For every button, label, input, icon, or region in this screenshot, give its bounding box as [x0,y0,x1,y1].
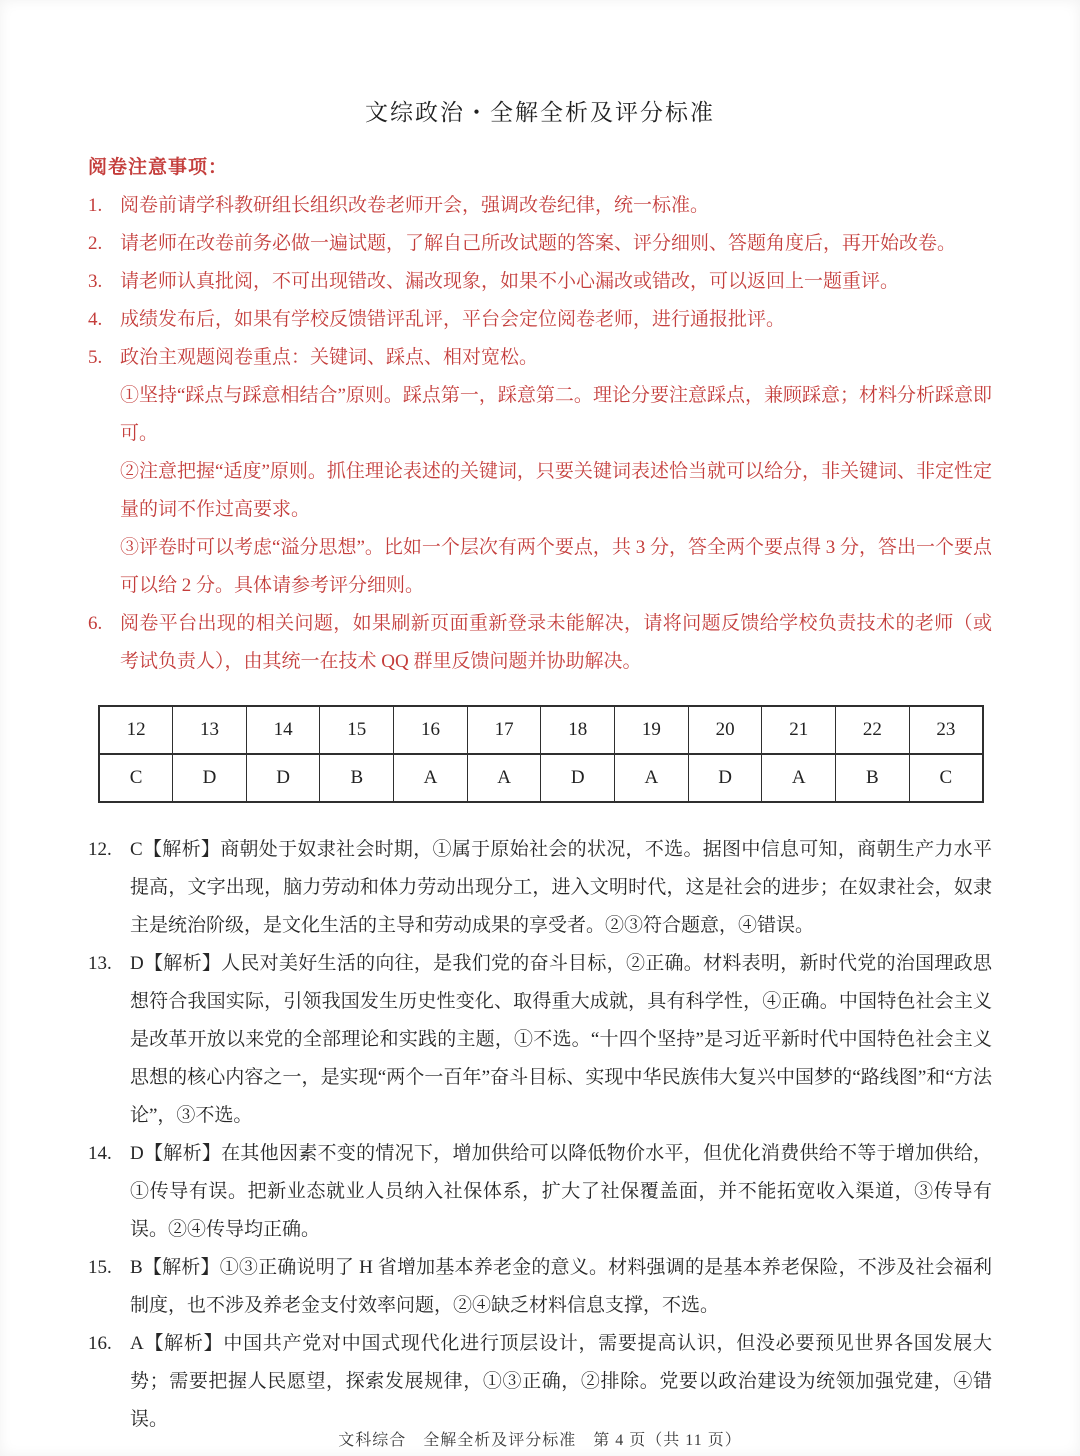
answer-letter-cell: C [99,754,173,802]
note-item-6: 6. 阅卷平台出现的相关问题，如果刷新页面重新登录未能解决，请将问题反馈给学校负… [88,605,992,681]
note-text: 请老师认真批阅，不可出现错改、漏改现象，如果不小心漏改或错改，可以返回上一题重评… [120,263,992,301]
answer-letter-cell: D [688,754,762,802]
explanation-label: 【解析】 [143,839,221,860]
question-number-cell: 22 [836,706,910,754]
explanation-content: 在其他因素不变的情况下，增加供给可以降低物价水平，但优化消费供给不等于增加供给，… [130,1143,992,1240]
question-number-row: 121314151617181920212223 [99,706,983,754]
explanation-content: 商朝处于奴隶社会时期，①属于原始社会的状况，不选。据图中信息可知，商朝生产力水平… [130,839,992,936]
note-item-1: 1. 阅卷前请学科教研组长组织改卷老师开会，强调改卷纪律，统一标准。 [88,187,992,225]
explanation-number: 14. [88,1135,130,1249]
note-text: 阅卷平台出现的相关问题，如果刷新页面重新登录未能解决，请将问题反馈给学校负责技术… [120,605,992,681]
question-number-cell: 12 [99,706,173,754]
question-number-cell: 20 [688,706,762,754]
explanation-text: D【解析】在其他因素不变的情况下，增加供给可以降低物价水平，但优化消费供给不等于… [130,1135,992,1249]
question-number-cell: 14 [246,706,320,754]
question-number-cell: 19 [615,706,689,754]
explanation-item-15: 15. B【解析】①③正确说明了 H 省增加基本养老金的意义。材料强调的是基本养… [88,1249,992,1325]
note-subitem-1: ①坚持“踩点与踩意相结合”原则。踩点第一，踩意第二。理论分要注意踩点，兼顾踩意；… [120,377,992,453]
answer-letter-cell: A [762,754,836,802]
explanation-answer: A [130,1333,144,1354]
note-number: 4. [88,301,120,339]
note-item-2: 2. 请老师在改卷前务必做一遍试题，了解自己所改试题的答案、评分细则、答题角度后… [88,225,992,263]
note-text: 政治主观题阅卷重点：关键词、踩点、相对宽松。 ①坚持“踩点与踩意相结合”原则。踩… [120,339,992,605]
answer-letter-cell: B [836,754,910,802]
answer-letter-row: CDDBAADADABC [99,754,983,802]
note-number: 5. [88,339,120,605]
question-number-cell: 13 [173,706,247,754]
explanation-answer: D [130,1143,144,1164]
explanation-number: 15. [88,1249,130,1325]
note-text: 请老师在改卷前务必做一遍试题，了解自己所改试题的答案、评分细则、答题角度后，再开… [120,225,992,263]
explanation-text: D【解析】人民对美好生活的向往，是我们党的奋斗目标，②正确。材料表明，新时代党的… [130,945,992,1135]
note-number: 1. [88,187,120,225]
answer-key-table-wrap: 121314151617181920212223 CDDBAADADABC [98,705,1080,803]
answer-letter-cell: D [173,754,247,802]
answer-letter-cell: A [394,754,468,802]
explanation-number: 12. [88,831,130,945]
answer-letter-cell: B [320,754,394,802]
explanation-number: 16. [88,1325,130,1439]
grading-notes-section: 阅卷注意事项： 1. 阅卷前请学科教研组长组织改卷老师开会，强调改卷纪律，统一标… [88,149,992,681]
question-number-cell: 16 [394,706,468,754]
document-page: 文综政治・全解全析及评分标准 阅卷注意事项： 1. 阅卷前请学科教研组长组织改卷… [0,0,1080,1456]
notes-heading: 阅卷注意事项： [88,149,992,187]
answer-letter-cell: D [246,754,320,802]
explanation-item-16: 16. A【解析】中国共产党对中国式现代化进行顶层设计，需要提高认识，但没必要预… [88,1325,992,1439]
note-subitem-3: ③评卷时可以考虑“溢分思想”。比如一个层次有两个要点，共 3 分，答全两个要点得… [120,529,992,605]
question-number-cell: 21 [762,706,836,754]
answer-letter-cell: A [615,754,689,802]
explanations-section: 12. C【解析】商朝处于奴隶社会时期，①属于原始社会的状况，不选。据图中信息可… [88,831,992,1439]
note-number: 6. [88,605,120,681]
note-text: 阅卷前请学科教研组长组织改卷老师开会，强调改卷纪律，统一标准。 [120,187,992,225]
explanation-item-12: 12. C【解析】商朝处于奴隶社会时期，①属于原始社会的状况，不选。据图中信息可… [88,831,992,945]
explanation-label: 【解析】 [144,953,221,974]
explanation-label: 【解析】 [144,1333,224,1354]
page-footer: 文科综合 全解全析及评分标准 第 4 页（共 11 页） [0,1427,1080,1450]
note-text-main: 政治主观题阅卷重点：关键词、踩点、相对宽松。 [120,339,992,377]
note-subitem-2: ②注意把握“适度”原则。抓住理论表述的关键词，只要关键词表述恰当就可以给分，非关… [120,453,992,529]
note-text: 成绩发布后，如果有学校反馈错评乱评，平台会定位阅卷老师，进行通报批评。 [120,301,992,339]
explanation-label: 【解析】 [144,1143,221,1164]
note-number: 3. [88,263,120,301]
explanation-text: C【解析】商朝处于奴隶社会时期，①属于原始社会的状况，不选。据图中信息可知，商朝… [130,831,992,945]
explanation-answer: C [130,839,143,860]
explanation-content: 中国共产党对中国式现代化进行顶层设计，需要提高认识，但没必要预见世界各国发展大势… [130,1333,992,1430]
answer-key-table: 121314151617181920212223 CDDBAADADABC [98,705,984,803]
explanation-text: B【解析】①③正确说明了 H 省增加基本养老金的意义。材料强调的是基本养老保险，… [130,1249,992,1325]
note-number: 2. [88,225,120,263]
note-item-5: 5. 政治主观题阅卷重点：关键词、踩点、相对宽松。 ①坚持“踩点与踩意相结合”原… [88,339,992,605]
answer-letter-cell: A [467,754,541,802]
note-item-4: 4. 成绩发布后，如果有学校反馈错评乱评，平台会定位阅卷老师，进行通报批评。 [88,301,992,339]
page-title: 文综政治・全解全析及评分标准 [0,0,1080,127]
explanation-item-13: 13. D【解析】人民对美好生活的向往，是我们党的奋斗目标，②正确。材料表明，新… [88,945,992,1135]
note-item-3: 3. 请老师认真批阅，不可出现错改、漏改现象，如果不小心漏改或错改，可以返回上一… [88,263,992,301]
explanation-answer: B [130,1257,143,1278]
question-number-cell: 15 [320,706,394,754]
question-number-cell: 23 [909,706,983,754]
answer-letter-cell: D [541,754,615,802]
answer-letter-cell: C [909,754,983,802]
explanation-content: 人民对美好生活的向往，是我们党的奋斗目标，②正确。材料表明，新时代党的治国理政思… [130,953,992,1126]
question-number-cell: 18 [541,706,615,754]
explanation-label: 【解析】 [143,1257,220,1278]
explanation-answer: D [130,953,144,974]
question-number-cell: 17 [467,706,541,754]
explanation-number: 13. [88,945,130,1135]
explanation-text: A【解析】中国共产党对中国式现代化进行顶层设计，需要提高认识，但没必要预见世界各… [130,1325,992,1439]
explanation-content: ①③正确说明了 H 省增加基本养老金的意义。材料强调的是基本养老保险，不涉及社会… [130,1257,992,1316]
explanation-item-14: 14. D【解析】在其他因素不变的情况下，增加供给可以降低物价水平，但优化消费供… [88,1135,992,1249]
